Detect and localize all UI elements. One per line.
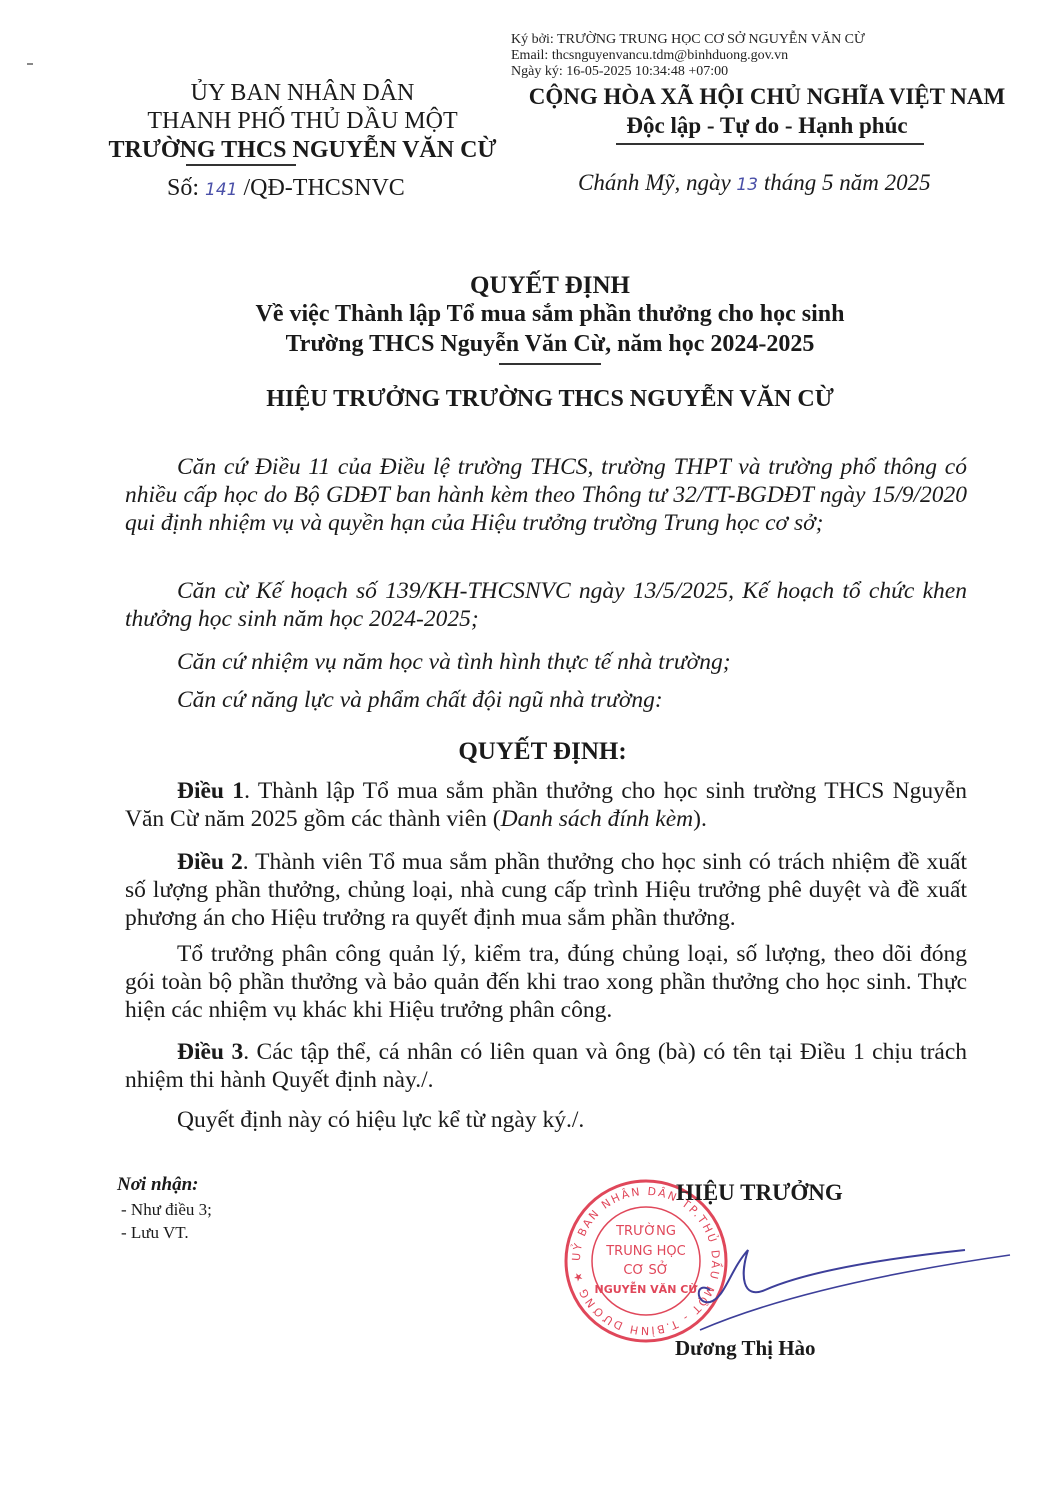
place-date: Chánh Mỹ, ngày 13 tháng 5 năm 2025 — [578, 170, 931, 196]
svg-text:CƠ SỞ: CƠ SỞ — [623, 1261, 668, 1278]
svg-text:TRUNG HỌC: TRUNG HỌC — [605, 1244, 686, 1259]
basis-4: Căn cứ năng lực và phẩm chất đội ngũ nhà… — [125, 686, 967, 714]
article-2-label: Điều 2 — [177, 849, 243, 875]
decision-heading: QUYẾT ĐỊNH: — [0, 738, 1061, 766]
issuing-authority: HIỆU TRƯỞNG TRƯỜNG THCS NGUYỄN VĂN CỪ — [0, 386, 1061, 413]
agency-line1: ỦY BAN NHÂN DÂN — [90, 80, 515, 107]
number-prefix: Số: — [167, 175, 205, 201]
document-number: Số: 141 /QĐ-THCSNVC — [167, 175, 405, 202]
signed-date: Ngày ký: 16-05-2025 10:34:48 +07:00 — [511, 64, 865, 80]
article-2-extra: Tổ trưởng phân công quản lý, kiểm tra, đ… — [125, 940, 967, 1024]
svg-text:NGUYỄN VĂN CỪ: NGUYỄN VĂN CỪ — [594, 1281, 698, 1296]
basis-2: Căn cừ Kế hoạch số 139/KH-THCSNVC ngày 1… — [125, 577, 967, 633]
article-3-label: Điều 3 — [177, 1039, 243, 1065]
agency-line2: THANH PHỐ THỦ DẦU MỘT — [90, 108, 515, 135]
signer-name: Dương Thị Hào — [675, 1336, 816, 1361]
motto-underline — [616, 143, 924, 145]
subject-underline — [499, 363, 601, 365]
recipient-item: - Như điều 3; — [121, 1200, 212, 1220]
subject-line1: Về việc Thành lập Tổ mua sắm phần thưởng… — [0, 301, 1061, 328]
date-prefix: Chánh Mỹ, ngày — [578, 170, 736, 195]
school-name: TRƯỜNG THCS NGUYỄN VĂN CỪ — [90, 137, 515, 164]
recipient-item: - Lưu VT. — [121, 1223, 189, 1243]
basis-1: Căn cứ Điều 11 của Điều lệ trường THCS, … — [125, 453, 967, 537]
article-2-text: . Thành viên Tổ mua sắm phần thưởng cho … — [125, 849, 967, 931]
article-1: Điều 1. Thành lập Tổ mua sắm phần thưởng… — [125, 777, 967, 833]
basis-3: Căn cứ nhiệm vụ năm học và tình hình thự… — [125, 648, 967, 676]
signed-by: Ký bởi: TRƯỜNG TRUNG HỌC CƠ SỞ NGUYỄN VĂ… — [511, 32, 865, 48]
scan-artifact — [27, 63, 33, 65]
recipients-title: Nơi nhận: — [117, 1174, 198, 1196]
article-3-text: . Các tập thể, cá nhân có liên quan và ô… — [125, 1039, 967, 1093]
article-3: Điều 3. Các tập thể, cá nhân có liên qua… — [125, 1038, 967, 1094]
handwritten-day: 13 — [736, 175, 758, 195]
subject-line2: Trường THCS Nguyễn Văn Cừ, năm học 2024-… — [0, 331, 1061, 358]
signer-email: Email: thcsnguyenvancu.tdm@binhduong.gov… — [511, 48, 865, 64]
article-2: Điều 2. Thành viên Tổ mua sắm phần thưởn… — [125, 848, 967, 932]
signer-title: HIỆU TRƯỞNG — [676, 1180, 843, 1206]
svg-text:TRƯỜNG: TRƯỜNG — [615, 1223, 676, 1239]
effective-clause: Quyết định này có hiệu lực kể từ ngày ký… — [125, 1106, 967, 1134]
digital-signature-info: Ký bởi: TRƯỜNG TRUNG HỌC CƠ SỞ NGUYỄN VĂ… — [511, 32, 865, 80]
national-motto: Độc lập - Tự do - Hạnh phúc — [517, 113, 1017, 139]
document-type: QUYẾT ĐỊNH — [0, 272, 1061, 300]
article-1-attachment: Danh sách đính kèm — [501, 806, 694, 832]
date-suffix: tháng 5 năm 2025 — [758, 170, 931, 195]
handwritten-signature — [690, 1230, 1020, 1340]
school-underline — [186, 164, 296, 166]
national-title: CỘNG HÒA XÃ HỘI CHỦ NGHĨA VIỆT NAM — [517, 84, 1017, 110]
article-1-label: Điều 1 — [177, 778, 244, 804]
article-1-end: ). — [693, 806, 707, 832]
handwritten-number: 141 — [205, 180, 237, 200]
number-suffix: /QĐ-THCSNVC — [237, 175, 404, 201]
